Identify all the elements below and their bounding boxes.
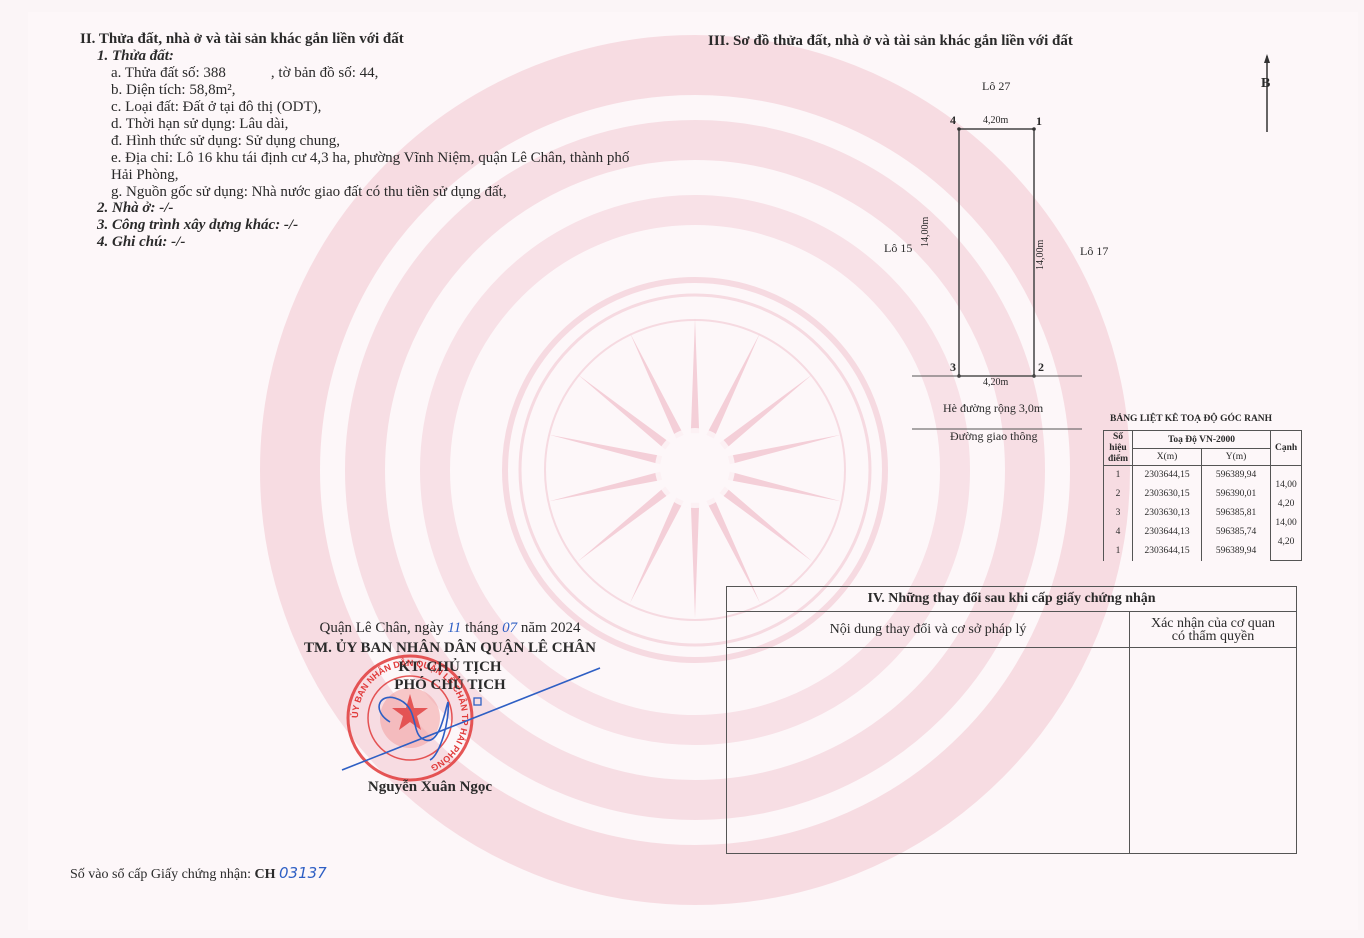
coords-cell-y: 596389,94 (1202, 542, 1271, 561)
registry-label: Số vào sổ cấp Giấy chứng nhận: (70, 867, 251, 882)
edge-length: 14,00 (1275, 476, 1297, 495)
edge-right-length: 14,00m (1035, 240, 1046, 270)
coords-table-title: BẢNG LIỆT KÊ TOẠ ĐỘ GÓC RANH (1110, 414, 1272, 424)
date-prefix: Quận Lê Chân, ngày (320, 620, 444, 636)
coords-cell-y: 596389,94 (1202, 466, 1271, 485)
north-arrow-icon (1256, 52, 1280, 134)
section-4-title: IV. Những thay đổi sau khi cấp giấy chứn… (727, 587, 1296, 612)
signing-org: TM. ỦY BAN NHÂN DÂN QUẬN LÊ CHÂN (270, 640, 630, 657)
house-field: 2. Nhà ở: -/- (97, 200, 173, 217)
parcel-area: b. Diện tích: 58,8m², (111, 82, 629, 99)
col-y-header: Y(m) (1202, 449, 1271, 466)
edge-length: 4,20 (1275, 533, 1297, 552)
confirmation-header-line2: có thẩm quyền (1172, 630, 1254, 643)
neighbor-top: Lô 27 (982, 79, 1010, 94)
confirmation-header-line1: Xác nhận của cơ quan (1151, 617, 1275, 630)
parcel-heading: 1. Thửa đất: (97, 48, 174, 65)
coords-cell-y: 596385,74 (1202, 523, 1271, 542)
coords-cell-point: 1 (1104, 466, 1133, 485)
signer-name: Nguyễn Xuân Ngọc (300, 779, 560, 796)
edge-length: 14,00 (1275, 514, 1297, 533)
confirmation-header: Xác nhận của cơ quan có thẩm quyền (1130, 612, 1296, 648)
coords-cell-x: 2303644,13 (1133, 523, 1202, 542)
coords-cell-x: 2303644,15 (1133, 466, 1202, 485)
changes-table: IV. Những thay đổi sau khi cấp giấy chứn… (726, 586, 1297, 854)
edge-length: 4,20 (1275, 495, 1297, 514)
coords-edges-cell: 14,004,2014,004,20 (1271, 466, 1302, 561)
parcel-details: a. Thửa đất số: 388 , tờ bản đồ số: 44, … (111, 65, 629, 201)
address-cont: Hải Phòng, (111, 167, 629, 184)
address: e. Địa chỉ: Lô 16 khu tái định cư 4,3 ha… (111, 150, 629, 167)
usage-term: d. Thời hạn sử dụng: Lâu dài, (111, 116, 629, 133)
alley-label: Hè đường rộng 3,0m (943, 401, 1043, 416)
edge-bottom-length: 4,20m (983, 377, 1008, 388)
coords-cell-point: 3 (1104, 504, 1133, 523)
origin: g. Nguồn gốc sử dụng: Nhà nước giao đất … (111, 184, 629, 201)
coords-cell-y: 596390,01 (1202, 485, 1271, 504)
date-day: 11 (447, 620, 461, 636)
handwritten-signature (330, 660, 620, 780)
section-2-title: II. Thửa đất, nhà ở và tài sản khác gắn … (80, 31, 404, 48)
date-month: 07 (502, 620, 517, 636)
land-type: c. Loại đất: Đất ở tại đô thị (ODT), (111, 99, 629, 116)
parcel-number: a. Thửa đất số: 388 , tờ bản đồ số: 44, (111, 65, 629, 82)
parcel-diagram (900, 110, 1100, 440)
coords-cell-x: 2303630,13 (1133, 504, 1202, 523)
registry-number: 03137 (279, 864, 327, 882)
change-content-column: Nội dung thay đổi và cơ sở pháp lý (727, 612, 1130, 853)
confirmation-column: Xác nhận của cơ quan có thẩm quyền (1130, 612, 1296, 853)
point-4-label: 4 (950, 113, 956, 128)
other-construction-field: 3. Công trình xây dựng khác: -/- (97, 217, 298, 234)
col-system-header: Toạ Độ VN-2000 (1133, 431, 1271, 449)
notes-field: 4. Ghi chú: -/- (97, 234, 185, 251)
col-edge-header: Cạnh (1271, 431, 1302, 466)
coords-cell-point: 4 (1104, 523, 1133, 542)
point-3-label: 3 (950, 360, 956, 375)
edge-left-length: 14,00m (920, 217, 931, 247)
coords-cell-x: 2303644,15 (1133, 542, 1202, 561)
edge-top-length: 4,20m (983, 115, 1008, 126)
road-label: Đường giao thông (950, 429, 1038, 444)
coords-row: 12303644,15596389,9414,004,2014,004,20 (1104, 466, 1302, 485)
section-3-title: III. Sơ đồ thửa đất, nhà ở và tài sản kh… (708, 33, 1073, 50)
coords-cell-point: 2 (1104, 485, 1133, 504)
usage-form: đ. Hình thức sử dụng: Sử dụng chung, (111, 133, 629, 150)
col-x-header: X(m) (1133, 449, 1202, 466)
coords-table: Số hiệu điểm Toạ Độ VN-2000 Cạnh X(m) Y(… (1103, 430, 1302, 561)
point-2-label: 2 (1038, 360, 1044, 375)
point-1-label: 1 (1036, 114, 1042, 129)
year-label: năm 2024 (521, 620, 581, 636)
change-content-header: Nội dung thay đổi và cơ sở pháp lý (727, 612, 1129, 648)
coords-cell-y: 596385,81 (1202, 504, 1271, 523)
signature-date: Quận Lê Chân, ngày 11 tháng 07 năm 2024 (280, 620, 620, 637)
registry-prefix: CH (255, 867, 276, 882)
north-label: B (1261, 76, 1270, 92)
registry-line: Số vào sổ cấp Giấy chứng nhận: CH 03137 (70, 864, 327, 883)
coords-cell-x: 2303630,15 (1133, 485, 1202, 504)
coords-cell-point: 1 (1104, 542, 1133, 561)
month-label: tháng (465, 620, 498, 636)
col-point-header: Số hiệu điểm (1104, 431, 1133, 466)
